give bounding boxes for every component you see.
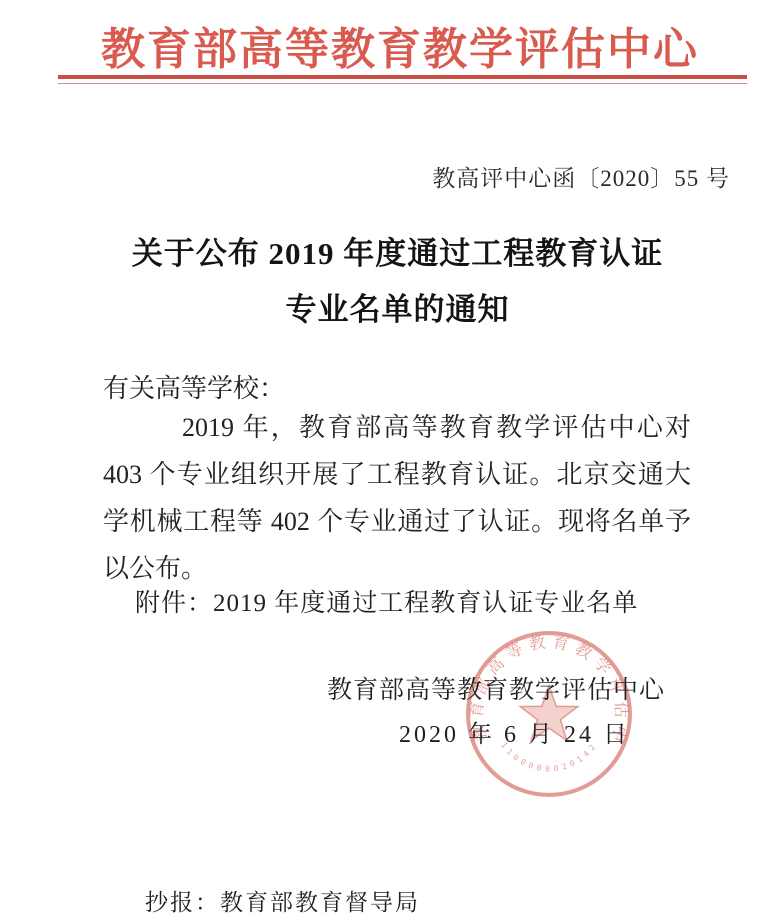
- document-title-line2: 专业名单的通知: [30, 284, 765, 329]
- letterhead-org-title: 教育部高等教育教学评估中心: [35, 13, 765, 77]
- salutation: 有关高等学校：: [103, 368, 285, 405]
- cc-line: 抄报：教育部教育督导局: [145, 884, 420, 917]
- body-paragraph: 2019 年，教育部高等教育教学评估中心对 403 个专业组织开展了工程教育认证…: [103, 404, 691, 592]
- signature-org: 教育部高等教育教学评估中心: [327, 670, 665, 706]
- signature-date: 2020 年 6 月 24 日: [399, 714, 630, 749]
- letterhead-divider-thin: [58, 83, 747, 84]
- attachment-line: 附件：2019 年度通过工程教育认证专业名单: [135, 583, 638, 619]
- scanned-official-document: 教育部高等教育教学评估中心 教高评中心函〔2020〕55 号 关于公布 2019…: [0, 0, 765, 921]
- document-title-line1: 关于公布 2019 年度通过工程教育认证: [30, 228, 765, 273]
- document-number: 教高评中心函〔2020〕55 号: [432, 160, 730, 193]
- letterhead-divider-thick: [58, 75, 747, 79]
